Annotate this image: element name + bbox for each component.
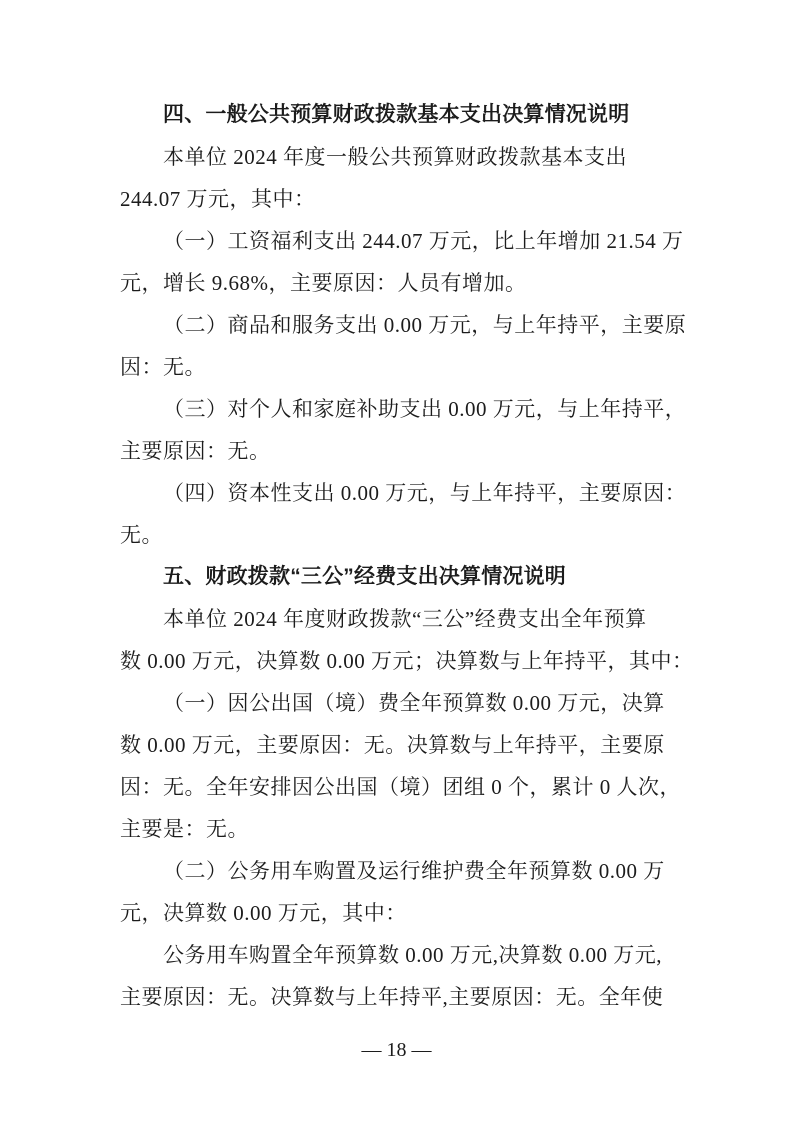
text-line: 数 0.00 万元，主要原因：无。决算数与上年持平，主要原: [120, 724, 680, 766]
text-line: 数 0.00 万元，决算数 0.00 万元；决算数与上年持平，其中：: [120, 640, 680, 682]
text-line: 因：无。: [120, 346, 680, 388]
document-body: 四、一般公共预算财政拨款基本支出决算情况说明 本单位 2024 年度一般公共预算…: [120, 94, 680, 1018]
text-line: 本单位 2024 年度财政拨款“三公”经费支出全年预算: [120, 598, 680, 640]
text-line: 公务用车购置全年预算数 0.00 万元,决算数 0.00 万元,: [120, 934, 680, 976]
section-heading-four: 四、一般公共预算财政拨款基本支出决算情况说明: [120, 94, 680, 136]
page-number-label: — 18 —: [362, 1039, 432, 1061]
text-line: 元，增长 9.68%，主要原因：人员有增加。: [120, 262, 680, 304]
text-line: （一）因公出国（境）费全年预算数 0.00 万元，决算: [120, 682, 680, 724]
text-line: 本单位 2024 年度一般公共预算财政拨款基本支出: [120, 136, 680, 178]
text-line: 主要是：无。: [120, 808, 680, 850]
text-line: （一）工资福利支出 244.07 万元，比上年增加 21.54 万: [120, 220, 680, 262]
page-footer: — 18 —: [0, 1038, 793, 1062]
section-heading-five: 五、财政拨款“三公”经费支出决算情况说明: [120, 556, 680, 598]
text-line: 主要原因：无。: [120, 430, 680, 472]
text-line: （三）对个人和家庭补助支出 0.00 万元，与上年持平，: [120, 388, 680, 430]
text-line: 无。: [120, 514, 680, 556]
text-line: 因：无。全年安排因公出国（境）团组 0 个，累计 0 人次，: [120, 766, 680, 808]
document-page: 四、一般公共预算财政拨款基本支出决算情况说明 本单位 2024 年度一般公共预算…: [0, 0, 793, 1122]
text-line: （二）公务用车购置及运行维护费全年预算数 0.00 万: [120, 850, 680, 892]
text-line: 元，决算数 0.00 万元，其中：: [120, 892, 680, 934]
text-line: （二）商品和服务支出 0.00 万元，与上年持平，主要原: [120, 304, 680, 346]
text-line: （四）资本性支出 0.00 万元，与上年持平，主要原因：: [120, 472, 680, 514]
text-line: 244.07 万元，其中：: [120, 178, 680, 220]
text-line: 主要原因：无。决算数与上年持平,主要原因：无。全年使: [120, 976, 680, 1018]
